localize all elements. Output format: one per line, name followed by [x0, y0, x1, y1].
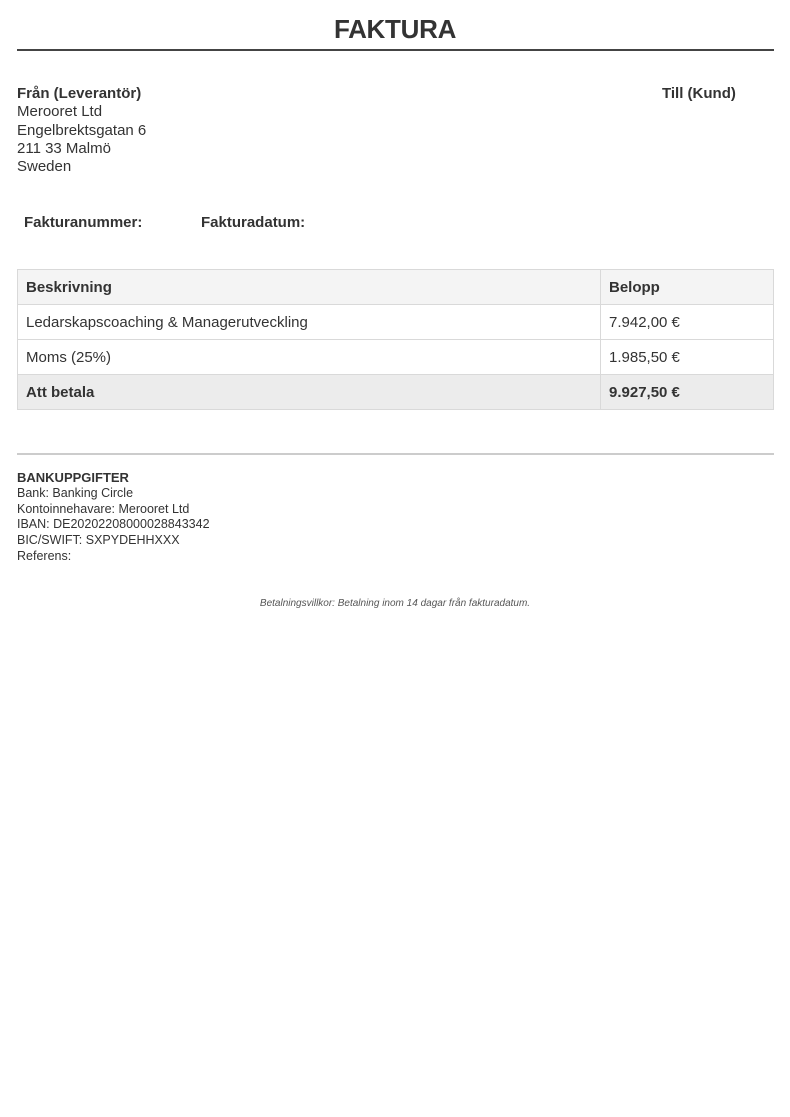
table-row: Moms (25%) 1.985,50 € [18, 340, 774, 375]
invoice-number-label: Fakturanummer: [24, 214, 142, 231]
column-header-description: Beskrivning [18, 270, 601, 305]
items-table: Beskrivning Belopp Ledarskapscoaching & … [17, 269, 774, 410]
reference: Referens: [17, 549, 210, 565]
table-row: Ledarskapscoaching & Managerutveckling 7… [18, 305, 774, 340]
table-header-row: Beskrivning Belopp [18, 270, 774, 305]
column-header-amount: Belopp [601, 270, 774, 305]
customer-heading: Till (Kund) [662, 85, 736, 103]
invoice-title: FAKTURA [0, 14, 790, 45]
row-amount: 1.985,50 € [601, 340, 774, 375]
row-amount: 7.942,00 € [601, 305, 774, 340]
iban: IBAN: DE20202208000028843342 [17, 517, 210, 533]
bic-swift: BIC/SWIFT: SXPYDEHHXXX [17, 533, 210, 549]
total-label: Att betala [18, 375, 601, 410]
supplier-block: Från (Leverantör) Merooret Ltd Engelbrek… [17, 85, 146, 176]
bank-details: BANKUPPGIFTER Bank: Banking Circle Konto… [17, 470, 210, 565]
invoice-date-label: Fakturadatum: [201, 214, 305, 231]
supplier-country: Sweden [17, 158, 146, 176]
row-description: Moms (25%) [18, 340, 601, 375]
bank-heading: BANKUPPGIFTER [17, 470, 210, 486]
supplier-city: 211 33 Malmö [17, 140, 146, 158]
supplier-name: Merooret Ltd [17, 103, 146, 121]
row-description: Ledarskapscoaching & Managerutveckling [18, 305, 601, 340]
account-holder: Kontoinnehavare: Merooret Ltd [17, 502, 210, 518]
total-amount: 9.927,50 € [601, 375, 774, 410]
title-divider [17, 49, 774, 51]
supplier-heading: Från (Leverantör) [17, 85, 146, 103]
bank-divider [17, 453, 774, 455]
bank-name: Bank: Banking Circle [17, 486, 210, 502]
supplier-street: Engelbrektsgatan 6 [17, 122, 146, 140]
payment-terms: Betalningsvillkor: Betalning inom 14 dag… [0, 598, 790, 609]
total-row: Att betala 9.927,50 € [18, 375, 774, 410]
